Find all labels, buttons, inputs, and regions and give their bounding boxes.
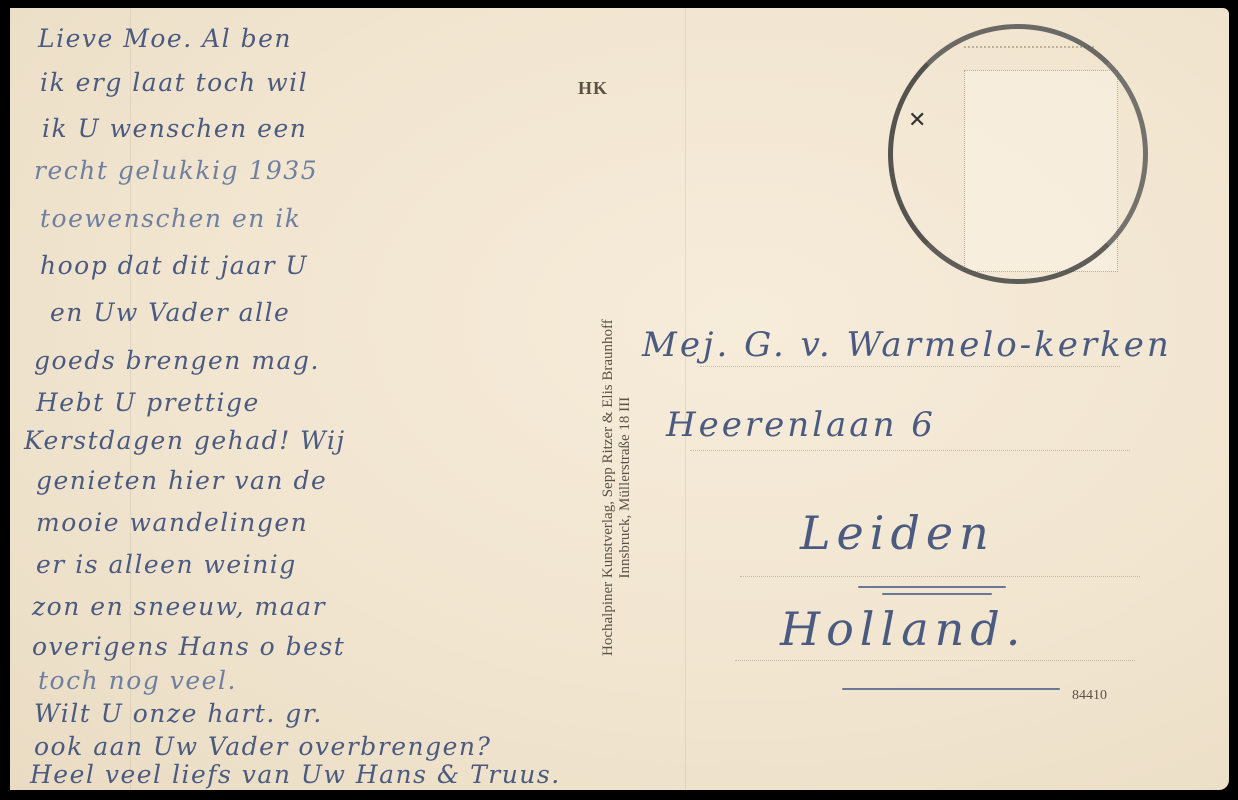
- address-country: Holland.: [780, 606, 1026, 652]
- postmark-icon: [888, 24, 1148, 284]
- address-recipient: Mej. G. v. Warmelo-kerken: [642, 328, 1172, 362]
- address-rule: [735, 660, 1135, 661]
- city-underline: [858, 586, 1006, 588]
- publisher-address: Innsbruck, Müllerstraße 18 III: [617, 319, 634, 656]
- message-line: overigens Hans o best: [32, 634, 345, 659]
- message-line: ik erg laat toch wil: [40, 70, 308, 95]
- message-line: toewenschen en ik: [40, 206, 301, 231]
- country-underline: [842, 688, 1060, 690]
- message-line: recht gelukkig 1935: [34, 158, 318, 183]
- message-line: Lieve Moe. Al ben: [38, 26, 292, 51]
- address-rule: [700, 366, 1120, 367]
- address-city: Leiden: [800, 510, 995, 556]
- message-line: er is alleen weinig: [36, 552, 297, 577]
- publisher-line: Hochalpiner Kunstverlag, Sepp Ritzer & E…: [600, 319, 617, 656]
- publisher-mark: HK: [578, 78, 608, 99]
- address-rule: [740, 576, 1140, 577]
- address-rule: [690, 450, 1130, 451]
- message-line: Kerstdagen gehad! Wij: [24, 428, 346, 453]
- message-line: ook aan Uw Vader overbrengen?: [34, 734, 491, 759]
- paper-crease: [685, 8, 686, 790]
- message-line: Wilt U onze hart. gr.: [34, 701, 323, 726]
- postmark-glyph: ✕: [908, 108, 926, 133]
- postcard-back: Lieve Moe. Al ben ik erg laat toch wil i…: [10, 8, 1229, 790]
- message-line: genieten hier van de: [36, 468, 327, 493]
- message-line: zon en sneeuw, maar: [32, 594, 326, 619]
- message-line: en Uw Vader alle: [50, 300, 290, 325]
- message-line: mooie wandelingen: [36, 510, 308, 535]
- message-line: toch nog veel.: [38, 668, 237, 693]
- serial-number: 84410: [1072, 688, 1107, 704]
- message-line: ik U wenschen een: [42, 116, 307, 141]
- message-line: hoop dat dit jaar U: [40, 253, 308, 278]
- message-line: Hebt U prettige: [36, 390, 260, 415]
- city-underline: [882, 593, 992, 595]
- address-street: Heerenlaan 6: [666, 408, 936, 442]
- message-line: Heel veel liefs van Uw Hans & Truus.: [30, 762, 561, 787]
- message-line: goeds brengen mag.: [34, 348, 320, 373]
- publisher-imprint: Hochalpiner Kunstverlag, Sepp Ritzer & E…: [600, 319, 634, 656]
